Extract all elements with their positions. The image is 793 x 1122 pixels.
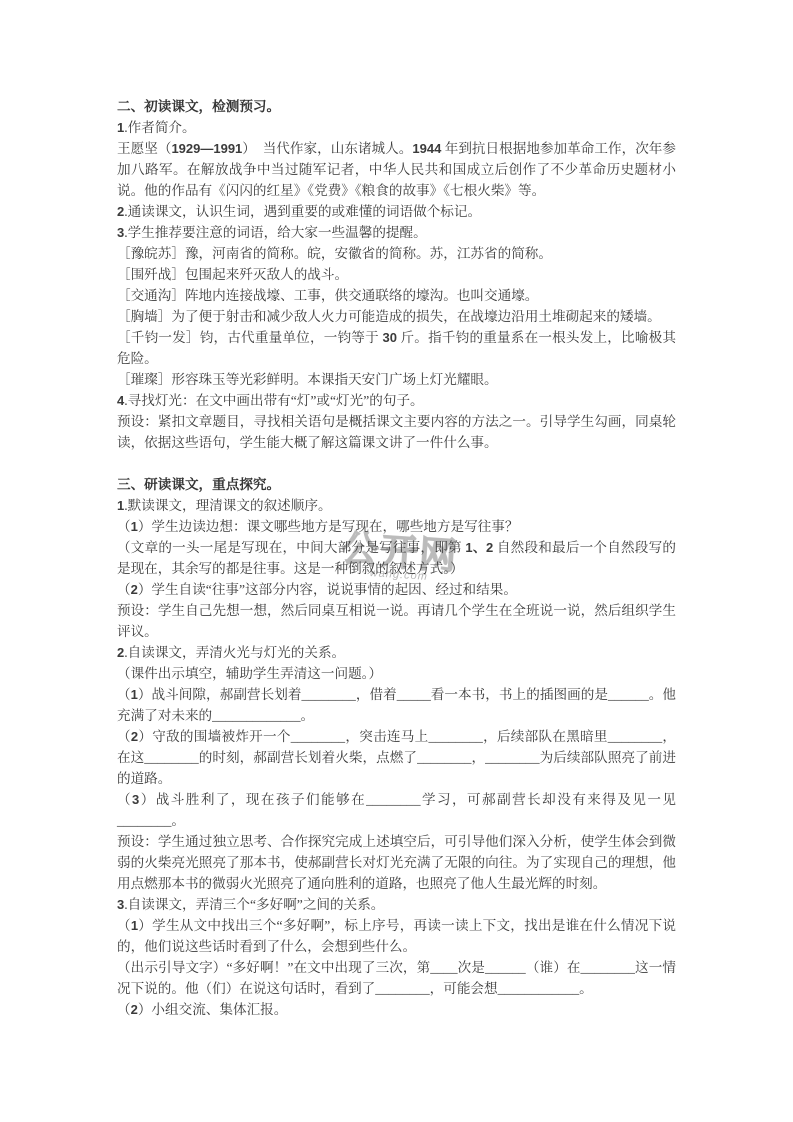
paragraph: 1.作者简介。 bbox=[117, 117, 676, 138]
paragraph: （2）守敌的围墙被炸开一个________，突击连马上________，后续部队… bbox=[117, 726, 676, 789]
paragraph: 4.寻找灯光：在文中画出带有“灯”或“灯光”的句子。 bbox=[117, 390, 676, 411]
paragraph: 2.通读课文，认识生词，遇到重要的或难懂的词语做个标记。 bbox=[117, 201, 676, 222]
document-body: 二、初读课文，检测预习。1.作者简介。王愿坚（1929—1991） 当代作家，山… bbox=[117, 96, 676, 1020]
paragraph: 王愿坚（1929—1991） 当代作家，山东诸城人。1944 年到抗日根据地参加… bbox=[117, 138, 676, 201]
paragraph: 预设：学生通过独立思考、合作探究完成上述填空后，可引导他们深入分析，使学生体会到… bbox=[117, 831, 676, 894]
paragraph: （2）小组交流、集体汇报。 bbox=[117, 999, 676, 1020]
paragraph: （文章的一头一尾是写现在，中间大部分是写往事，即第 1、2 自然段和最后一个自然… bbox=[117, 537, 676, 579]
paragraph: ［围歼战］包围起来歼灭敌人的战斗。 bbox=[117, 264, 676, 285]
paragraph: 3.自读课文，弄清三个“多好啊”之间的关系。 bbox=[117, 894, 676, 915]
paragraph: 预设：紧扣文章题目，寻找相关语句是概括课文主要内容的方法之一。引导学生勾画，同桌… bbox=[117, 411, 676, 453]
paragraph: ［千钧一发］钧，古代重量单位，一钧等于 30 斤。指千钧的重量系在一根头发上，比… bbox=[117, 327, 676, 369]
paragraph: （1）学生边读边想：课文哪些地方是写现在，哪些地方是写往事？ bbox=[117, 516, 676, 537]
paragraph: ［胸墙］为了便于射击和减少敌人火力可能造成的损失，在战壕边沿用土堆砌起来的矮墙。 bbox=[117, 306, 676, 327]
paragraph: ［豫皖苏］豫，河南省的简称。皖，安徽省的简称。苏，江苏省的简称。 bbox=[117, 243, 676, 264]
paragraph: ［交通沟］阵地内连接战壕、工事，供交通联络的壕沟。也叫交通壕。 bbox=[117, 285, 676, 306]
paragraph: （2）学生自读“往事”这部分内容，说说事情的起因、经过和结果。 bbox=[117, 579, 676, 600]
paragraph: 2.自读课文，弄清火光与灯光的关系。 bbox=[117, 642, 676, 663]
paragraph: 1.默读课文，理清课文的叙述顺序。 bbox=[117, 495, 676, 516]
document-page: 公开网 wang.com 二、初读课文，检测预习。1.作者简介。王愿坚（1929… bbox=[0, 0, 793, 1122]
blank-line bbox=[117, 453, 676, 474]
paragraph: （3）战斗胜利了，现在孩子们能够在________学习，可郝副营长却没有来得及见… bbox=[117, 789, 676, 831]
paragraph: （课件出示填空，辅助学生弄清这一问题。） bbox=[117, 663, 676, 684]
paragraph: （出示引导文字）“多好啊！”在文中出现了三次，第____次是______（谁）在… bbox=[117, 957, 676, 999]
paragraph: ［璀璨］形容珠玉等光彩鲜明。本课指天安门广场上灯光耀眼。 bbox=[117, 369, 676, 390]
paragraph: 预设：学生自己先想一想，然后同桌互相说一说。再请几个学生在全班说一说，然后组织学… bbox=[117, 600, 676, 642]
section-heading: 二、初读课文，检测预习。 bbox=[117, 96, 676, 117]
paragraph: 3.学生推荐要注意的词语，给大家一些温馨的提醒。 bbox=[117, 222, 676, 243]
paragraph: （1）战斗间隙，郝副营长划着________，借着_____看一本书，书上的插图… bbox=[117, 684, 676, 726]
section-heading: 三、研读课文，重点探究。 bbox=[117, 474, 676, 495]
paragraph: （1）学生从文中找出三个“多好啊”，标上序号，再读一读上下文，找出是谁在什么情况… bbox=[117, 915, 676, 957]
